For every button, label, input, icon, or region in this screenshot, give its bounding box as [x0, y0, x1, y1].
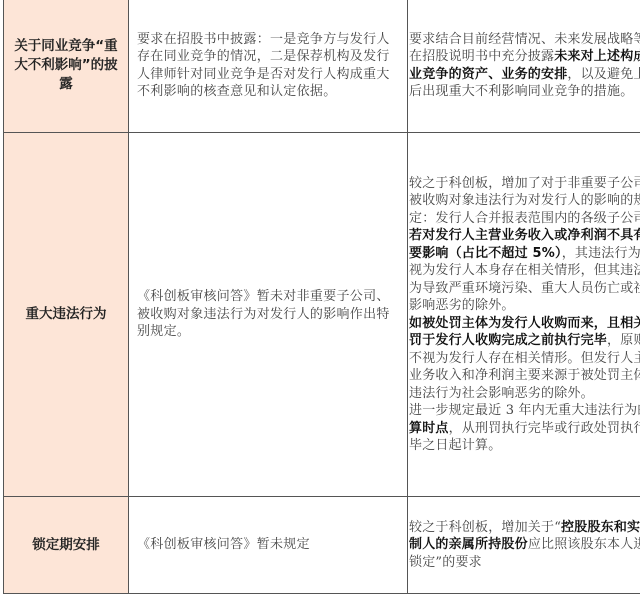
comparison-table: 关于同业竞争“重大不利影响”的披露 要求在招股书中披露：一是竞争方与发行人存在同… — [3, 0, 640, 594]
emphasis-text: 如被处罚主体为发行人收购而来，且相关处罚于发行人收购完成之前执行完毕 — [409, 316, 640, 349]
row-label-competition: 关于同业竞争“重大不利影响”的披露 — [4, 0, 129, 133]
chinext-rule: 要求结合目前经营情况、未来发展战略等，在招股说明书中充分披露未来对上述构成同业竞… — [408, 0, 640, 133]
row-label-lockup: 锁定期安排 — [4, 497, 129, 594]
star-market-rule: 《科创板审核问答》暂未对非重要子公司、被收购对象违法行为对发行人的影响作出特别规… — [129, 133, 408, 497]
table-row: 锁定期安排 《科创板审核问答》暂未规定 较之于科创板，增加关于“控股股东和实际控… — [4, 497, 640, 594]
paragraph: 较之于科创板，增加了对于非重要子公司、被收购对象违法行为对发行人的影响的规定：发… — [409, 175, 640, 315]
table-row: 关于同业竞争“重大不利影响”的披露 要求在招股书中披露：一是竞争方与发行人存在同… — [4, 0, 640, 133]
row-label-violations: 重大违法行为 — [4, 133, 129, 497]
paragraph: 进一步规定最近 3 年内无重大违法行为的起算时点，从刑罚执行完毕或行政处罚执行完… — [409, 402, 640, 455]
table-row: 重大违法行为 《科创板审核问答》暂未对非重要子公司、被收购对象违法行为对发行人的… — [4, 133, 640, 497]
paragraph: 要求结合目前经营情况、未来发展战略等，在招股说明书中充分披露未来对上述构成同业竞… — [409, 31, 640, 101]
paragraph: 如被处罚主体为发行人收购而来，且相关处罚于发行人收购完成之前执行完毕，原则上不视… — [409, 315, 640, 403]
chinext-rule: 较之于科创板，增加了对于非重要子公司、被收购对象违法行为对发行人的影响的规定：发… — [408, 133, 640, 497]
chinext-rule: 较之于科创板，增加关于“控股股东和实际控制人的亲属所持股份应比照该股东本人进行锁… — [408, 497, 640, 594]
star-market-rule: 要求在招股书中披露：一是竞争方与发行人存在同业竞争的情况，二是保荐机构及发行人律… — [129, 0, 408, 133]
star-market-rule: 《科创板审核问答》暂未规定 — [129, 497, 408, 594]
paragraph: 较之于科创板，增加关于“控股股东和实际控制人的亲属所持股份应比照该股东本人进行锁… — [409, 519, 640, 572]
